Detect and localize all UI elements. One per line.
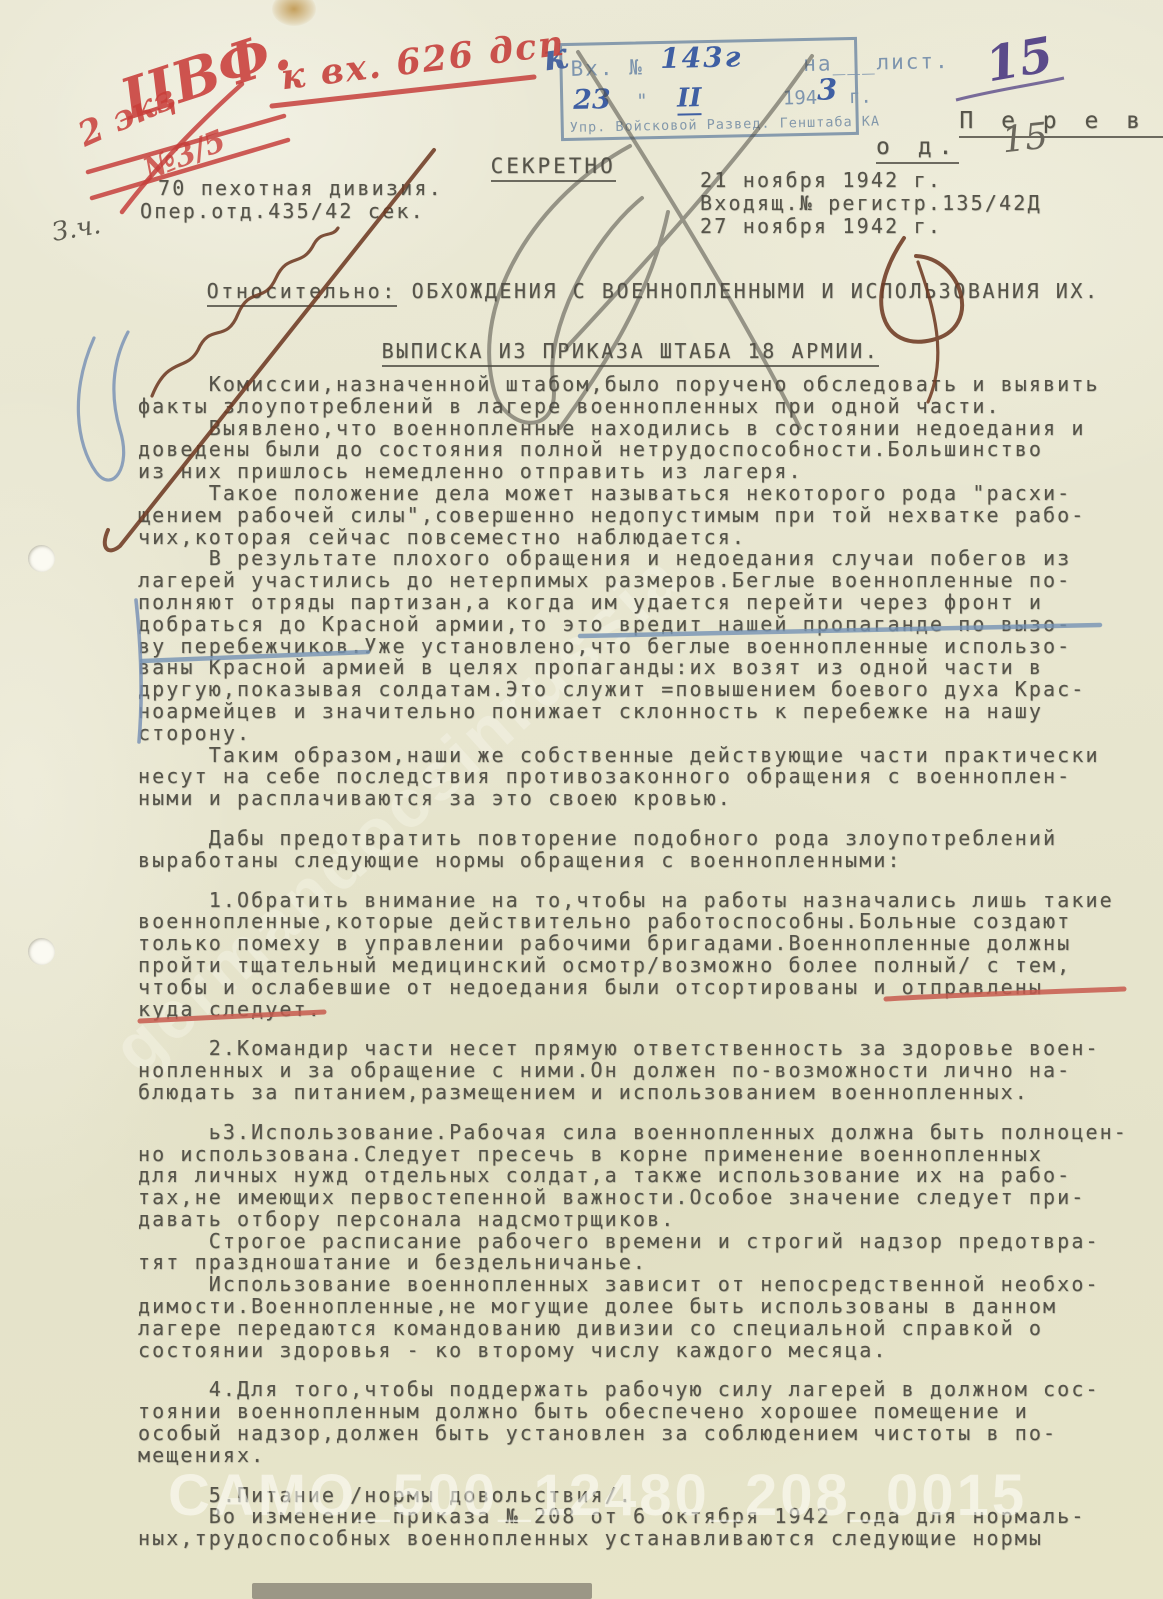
purple-page-number: 15 xyxy=(982,27,1058,94)
unit-line-2: Опер.отд.435/42 сек. xyxy=(140,199,425,223)
stamp-department-line: Упр. Войсковой Развед. Генштаба КА xyxy=(570,113,881,135)
date-line-1: 21 ноября 1942 г. xyxy=(700,168,942,192)
body-paragraph-item1: 1.Обратить внимание на то,чтобы на работ… xyxy=(138,890,1143,1021)
stamp-day: 23 xyxy=(573,84,611,116)
scan-edge-shadow xyxy=(252,1583,592,1599)
punch-hole xyxy=(28,545,55,572)
body-paragraph-preamble: Дабы предотвратить повторение подобного … xyxy=(138,828,1143,872)
stamp-incoming-number: 143г xyxy=(660,40,743,75)
document-body: Комиссии,назначенной штабом,было поручен… xyxy=(138,374,1143,1550)
secrecy-label: СЕКРЕТНО xyxy=(491,154,616,182)
body-paragraph-item2: 2.Командир части несет прямую ответствен… xyxy=(138,1038,1143,1103)
stamp-year-digit: 3 xyxy=(817,72,838,106)
document-title-text: ВЫПИСКА ИЗ ПРИКАЗА ШТАБА 18 АРМИИ. xyxy=(382,339,880,367)
secrecy-stamp: СЕКРЕТНО xyxy=(428,130,616,202)
date-line-2: 27 ноября 1942 г. xyxy=(700,214,942,238)
subject-label: Относительно: xyxy=(207,279,397,307)
archive-code-watermark: CAMO_500_12480_208_0015 xyxy=(168,1462,1027,1529)
registration-line: Входящ.№ регистр.135/42Д xyxy=(700,191,1042,215)
body-paragraph-item4: 4.Для того,чтобы поддержать рабочую силу… xyxy=(138,1379,1143,1466)
body-paragraph-item3: ь3.Использование.Рабочая сила военноплен… xyxy=(138,1122,1143,1362)
body-paragraph-intro: Комиссии,назначенной штабом,было поручен… xyxy=(138,374,1143,810)
stamp-incoming-label: Вх. № xyxy=(570,55,644,81)
punch-hole xyxy=(28,938,55,965)
pencil-page-number: 15 xyxy=(1000,116,1050,162)
blue-margin-strokes xyxy=(78,332,141,742)
stamp-month: II xyxy=(677,83,702,116)
incoming-stamp-box: Вх. № 143г на___лист. 23 " II 1943 г. Уп… xyxy=(559,37,859,141)
subject-text: ОБХОЖДЕНИЯ С ВОЕННОПЛЕННЫМИ И ИСПОЛЬЗОВА… xyxy=(397,279,1100,303)
stamp-year: 1943 г. xyxy=(783,86,872,110)
pencil-left-note: З.ч. xyxy=(50,210,103,248)
red-reference-note: к вх. 626 дсп xyxy=(279,23,568,99)
stamp-quote: " xyxy=(636,90,648,112)
unit-line-1: 70 пехотная дивизия. xyxy=(158,176,443,200)
document-scan-page: germandocsinrussia П е р е в о д. СЕКРЕТ… xyxy=(0,0,1163,1599)
